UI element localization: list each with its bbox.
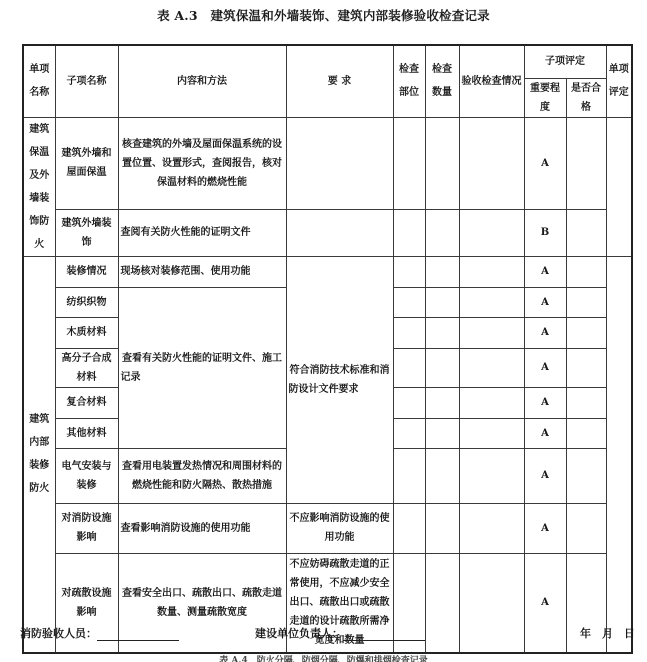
importance-grade: A [524,287,566,317]
sub-item-name: 复合材料 [55,387,118,418]
check-part-cell[interactable] [393,448,425,503]
sub-item-name: 建筑外墙装饰 [55,209,118,256]
check-part-cell[interactable] [393,256,425,287]
check-part-cell[interactable] [393,387,425,418]
document-title: 表 A.3 建筑保温和外墙装饰、建筑内部装修验收检查记录 [0,6,647,24]
sub-item-name: 纺织织物 [55,287,118,317]
builder-signature-line[interactable] [343,640,425,641]
acceptance-record-table: 单项名称 子项名称 内容和方法 要 求 检查部位 检查数量 验收检查情况 子项评… [22,44,633,654]
check-part-cell[interactable] [393,418,425,448]
sub-item-name: 木质材料 [55,317,118,348]
builder-signature: 建设单位负责人： [255,625,425,641]
check-part-cell[interactable] [393,117,425,209]
qualified-cell[interactable] [566,209,606,256]
header-sub-item-name: 子项名称 [55,45,118,117]
acceptance-status-cell[interactable] [459,117,524,209]
qualified-cell[interactable] [566,117,606,209]
qualified-cell[interactable] [566,503,606,553]
header-importance: 重要程度 [524,78,566,117]
check-part-cell[interactable] [393,317,425,348]
importance-grade: A [524,503,566,553]
sub-item-name: 装修情况 [55,256,118,287]
check-qty-cell[interactable] [425,317,459,348]
check-qty-cell[interactable] [425,418,459,448]
importance-grade: A [524,317,566,348]
importance-grade: A [524,553,566,653]
table-row: 对消防设施影响 查看影响消防设施的使用功能 不应影响消防设施的使用功能 A [23,503,632,553]
qualified-cell[interactable] [566,287,606,317]
sub-item-name: 对消防设施影响 [55,503,118,553]
fire-inspector-signature-line[interactable] [97,640,179,641]
check-qty-cell[interactable] [425,287,459,317]
requirement [286,209,393,256]
importance-grade: A [524,448,566,503]
check-qty-cell[interactable] [425,209,459,256]
acceptance-status-cell[interactable] [459,317,524,348]
importance-grade: A [524,256,566,287]
header-acceptance-status: 验收检查情况 [459,45,524,117]
check-part-cell[interactable] [393,209,425,256]
content-method: 核查建筑的外墙及屋面保温系统的设置位置、设置形式，查阅报告，核对保温材料的燃烧性… [118,117,286,209]
content-method: 现场核对装修范围、使用功能 [118,256,286,287]
date-field: 年 月 日 [580,625,635,641]
single-item-eval-cell[interactable] [606,117,632,256]
header-check-part: 检查部位 [393,45,425,117]
content-method: 查阅有关防火性能的证明文件 [118,209,286,256]
check-part-cell[interactable] [393,287,425,317]
content-method: 查看用电装置发热情况和周围材料的燃烧性能和防火隔热、散热措施 [118,448,286,503]
check-part-cell[interactable] [393,503,425,553]
sub-item-name: 高分子合成材料 [55,348,118,387]
group-name: 建筑内部装修防火 [23,256,55,653]
next-table-title-partial: 表 A.4 防火分隔、防烟分隔、防爆和排烟检查记录 [0,653,647,662]
importance-grade: B [524,209,566,256]
check-qty-cell[interactable] [425,503,459,553]
acceptance-status-cell[interactable] [459,348,524,387]
header-requirement: 要 求 [286,45,393,117]
fire-inspector-signature: 消防验收人员： [20,625,179,641]
check-qty-cell[interactable] [425,117,459,209]
requirement-shared: 符合消防技术标准和消防设计文件要求 [286,256,393,503]
header-sub-item-eval: 子项评定 [524,45,606,78]
single-item-eval-cell[interactable] [606,256,632,653]
builder-label: 建设单位负责人： [255,627,343,640]
sub-item-name: 其他材料 [55,418,118,448]
content-method: 查看影响消防设施的使用功能 [118,503,286,553]
acceptance-status-cell[interactable] [459,448,524,503]
acceptance-status-cell[interactable] [459,209,524,256]
acceptance-status-cell[interactable] [459,287,524,317]
check-qty-cell[interactable] [425,553,459,653]
table-row: 建筑内部装修防火 装修情况 现场核对装修范围、使用功能 符合消防技术标准和消防设… [23,256,632,287]
header-single-item-eval: 单项评定 [606,45,632,117]
importance-grade: A [524,387,566,418]
qualified-cell[interactable] [566,387,606,418]
acceptance-status-cell[interactable] [459,418,524,448]
importance-grade: A [524,348,566,387]
header-single-item-name: 单项名称 [23,45,55,117]
table-row: 建筑外墙装饰 查阅有关防火性能的证明文件 B [23,209,632,256]
importance-grade: A [524,418,566,448]
sub-item-name: 建筑外墙和屋面保温 [55,117,118,209]
check-qty-cell[interactable] [425,448,459,503]
requirement [286,117,393,209]
fire-inspector-label: 消防验收人员： [20,627,97,640]
requirement: 不应影响消防设施的使用功能 [286,503,393,553]
qualified-cell[interactable] [566,448,606,503]
acceptance-status-cell[interactable] [459,553,524,653]
header-qualified: 是否合格 [566,78,606,117]
qualified-cell[interactable] [566,317,606,348]
acceptance-status-cell[interactable] [459,503,524,553]
group-name: 建筑保温及外墙装饰防火 [23,117,55,256]
sub-item-name: 电气安装与装修 [55,448,118,503]
qualified-cell[interactable] [566,256,606,287]
acceptance-status-cell[interactable] [459,256,524,287]
table-row: 建筑保温及外墙装饰防火 建筑外墙和屋面保温 核查建筑的外墙及屋面保温系统的设置位… [23,117,632,209]
header-content-method: 内容和方法 [118,45,286,117]
qualified-cell[interactable] [566,418,606,448]
content-method-shared: 查看有关防火性能的证明文件、施工记录 [118,287,286,448]
check-qty-cell[interactable] [425,256,459,287]
qualified-cell[interactable] [566,348,606,387]
header-check-qty: 检查数量 [425,45,459,117]
check-part-cell[interactable] [393,348,425,387]
check-qty-cell[interactable] [425,387,459,418]
acceptance-status-cell[interactable] [459,387,524,418]
check-qty-cell[interactable] [425,348,459,387]
importance-grade: A [524,117,566,209]
